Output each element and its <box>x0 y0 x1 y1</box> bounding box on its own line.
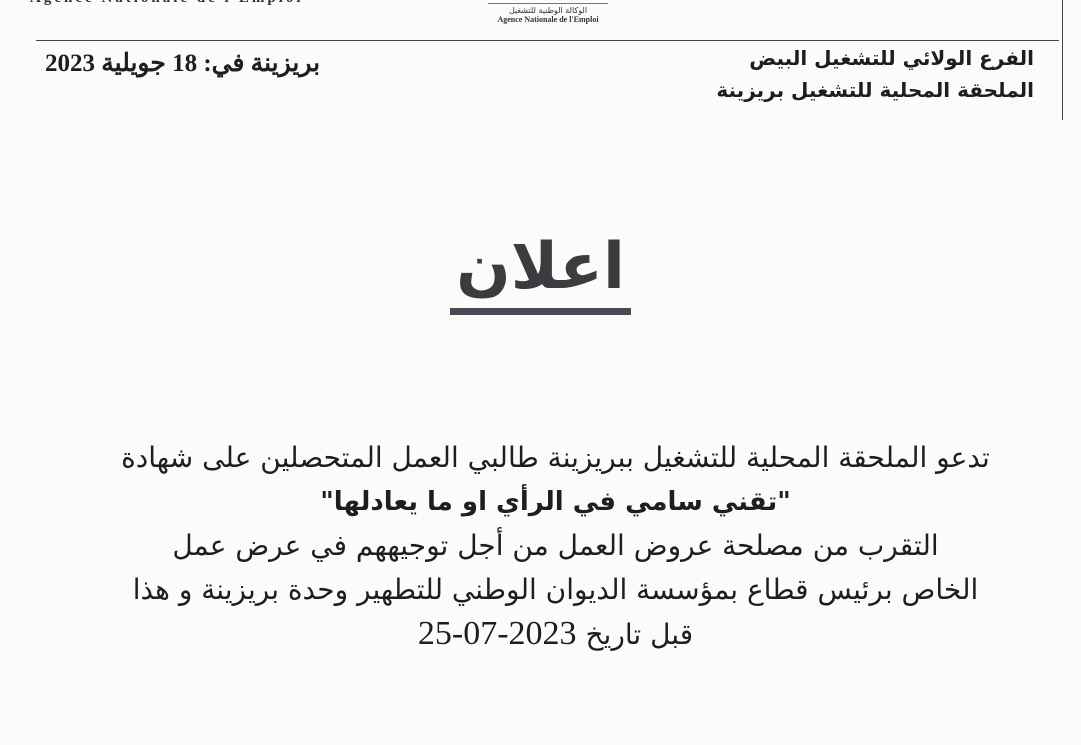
deadline-prefix: قبل تاريخ <box>585 618 693 651</box>
agency-logo: الوكالة الوطنية للتشغيل Agence Nationale… <box>478 0 618 24</box>
header-divider <box>36 40 1059 41</box>
body-line-4: الخاص برئيس قطاع بمؤسسة الديوان الوطني ل… <box>60 568 1051 612</box>
logo-text-ar: الوكالة الوطنية للتشغيل <box>478 6 618 15</box>
branch-line-1: الفرع الولائي للتشغيل البيض <box>716 42 1034 74</box>
logo-text-fr: Agence Nationale de l'Emploi <box>478 15 618 24</box>
agency-name-fr: Agence Nationale de l'Emploi <box>30 0 304 7</box>
announcement-body: تدعو الملحقة المحلية للتشغيل ببريزينة طا… <box>60 436 1051 657</box>
body-line-5: قبل تاريخ 2023-07-25 <box>60 612 1051 657</box>
deadline-date: 2023-07-25 <box>418 615 577 652</box>
document-date: بريزينة في: 18 جويلية 2023 <box>45 48 320 78</box>
logo-divider <box>488 3 608 4</box>
announcement-title: اعلان <box>450 232 631 315</box>
issuing-branch: الفرع الولائي للتشغيل البيض الملحقة المح… <box>716 42 1034 106</box>
branch-line-2: الملحقة المحلية للتشغيل بريزينة <box>716 74 1034 106</box>
announcement-title-block: اعلان <box>0 232 1081 315</box>
body-line-3: التقرب من مصلحة عروض العمل من أجل توجيهه… <box>60 524 1051 568</box>
body-line-1: تدعو الملحقة المحلية للتشغيل ببريزينة طا… <box>60 436 1051 480</box>
required-diploma: "تقني سامي في الرأي او ما يعادلها" <box>60 480 1051 524</box>
page-border <box>1062 0 1063 120</box>
